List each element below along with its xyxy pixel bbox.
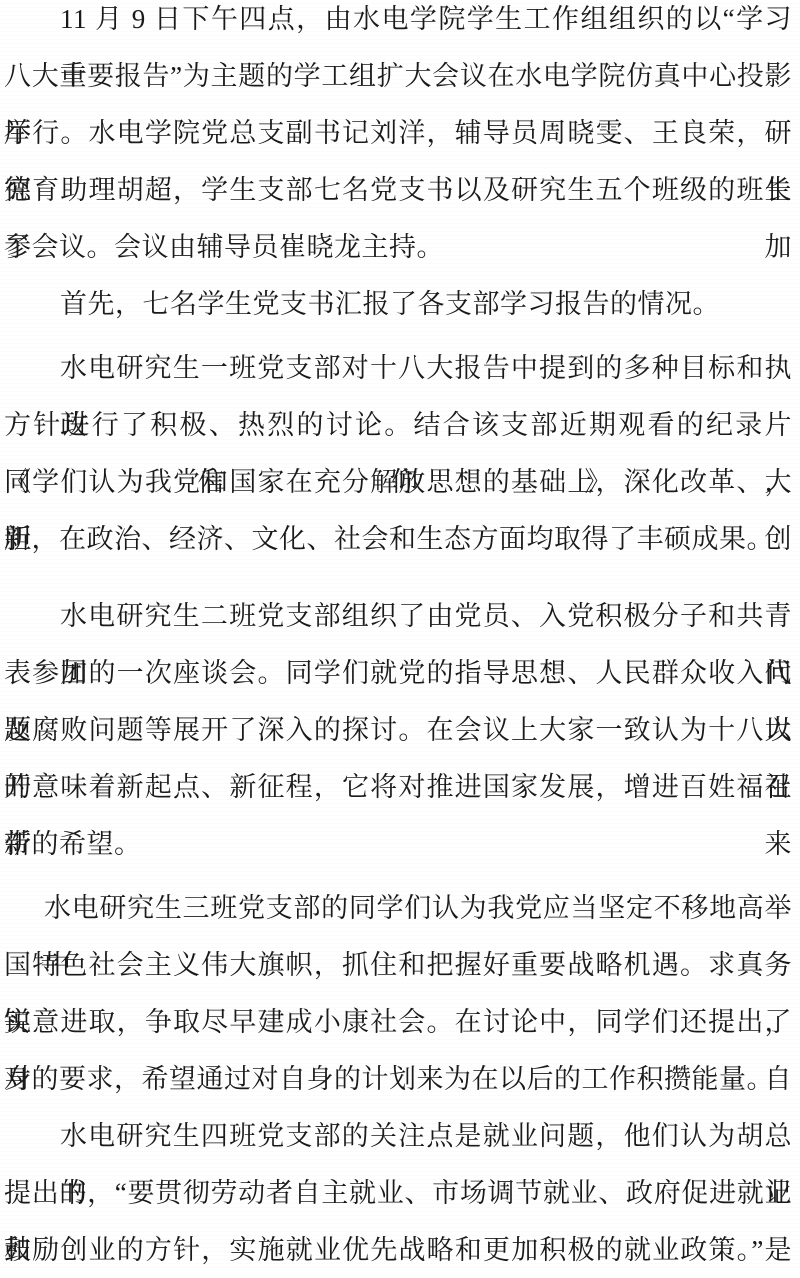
text-line: 表参加的一次座谈会。同学们就党的指导思想、人民群众收入问题以 <box>4 645 792 702</box>
text-line: 身的要求，希望通过对自身的计划来为在以后的工作积攒能量。 <box>4 1051 792 1108</box>
text-line: 首先，七名学生党支书汇报了各支部学习报告的情况。 <box>4 276 792 333</box>
paragraph-class-three: 水电研究生三班党支部的同学们认为我党应当坚定不移地高举中 国特色社会主义伟大旗帜… <box>4 880 792 1108</box>
text-line: 国特色社会主义伟大旗帜，抓住和把握好重要战略机遇。求真务实， <box>4 937 792 994</box>
paragraph-firstly: 首先，七名学生党支书汇报了各支部学习报告的情况。 <box>4 276 792 333</box>
text-line: 同学们认为我党和国家在充分解放思想的基础上，深化改革、大胆创 <box>4 454 792 511</box>
paragraph-class-one: 水电研究生一班党支部对十八大报告中提到的多种目标和执政 方针进行了积极、热烈的讨… <box>4 340 792 568</box>
text-line: 举行。水电学院党总支副书记刘洋，辅导员周晓雯、王良荣，研究生 <box>4 105 792 162</box>
text-line: 提出的，“要贯彻劳动者自主就业、市场调节就业、政府促进就业和 <box>4 1165 792 1222</box>
text-line: 及腐败问题等展开了深入的探讨。在会议上大家一致认为十八大的召 <box>4 702 792 759</box>
text-line: 八大重要报告”为主题的学工组扩大会议在水电学院仿真中心投影厅 <box>4 48 792 105</box>
text-line: 新，在政治、经济、文化、社会和生态方面均取得了丰硕成果。 <box>4 511 792 568</box>
text-line: 开意味着新起点、新征程，它将对推进国家发展，增进百姓福祉带来 <box>4 759 792 816</box>
text-line: 德育助理胡超，学生支部七名党支书以及研究生五个班级的班长参加 <box>4 162 792 219</box>
text-line: 水电研究生二班党支部组织了由党员、入党积极分子和共青团代 <box>4 588 792 645</box>
text-line: 11 月 9 日下午四点，由水电学院学生工作组组织的以“学习十 <box>4 0 792 48</box>
text-line: 鼓励创业的方针，实施就业优先战略和更加积极的就业政策。”是对 <box>4 1222 792 1278</box>
paragraph-class-two: 水电研究生二班党支部组织了由党员、入党积极分子和共青团代 表参加的一次座谈会。同… <box>4 588 792 873</box>
text-line: 水电研究生三班党支部的同学们认为我党应当坚定不移地高举中 <box>4 880 792 937</box>
paragraph-intro: 11 月 9 日下午四点，由水电学院学生工作组组织的以“学习十 八大重要报告”为… <box>4 0 792 276</box>
text-line: 水电研究生四班党支部的关注点是就业问题，他们认为胡总书记 <box>4 1108 792 1165</box>
text-line: 水电研究生一班党支部对十八大报告中提到的多种目标和执政 <box>4 340 792 397</box>
text-line: 锐意进取，争取尽早建成小康社会。在讨论中，同学们还提出了对自 <box>4 994 792 1051</box>
document-page: 11 月 9 日下午四点，由水电学院学生工作组组织的以“学习十 八大重要报告”为… <box>0 0 800 1269</box>
paragraph-class-four: 水电研究生四班党支部的关注点是就业问题，他们认为胡总书记 提出的，“要贯彻劳动者… <box>4 1108 792 1278</box>
text-line: 方针进行了积极、热烈的讨论。结合该支部近期观看的纪录片《信仰》， <box>4 397 792 454</box>
